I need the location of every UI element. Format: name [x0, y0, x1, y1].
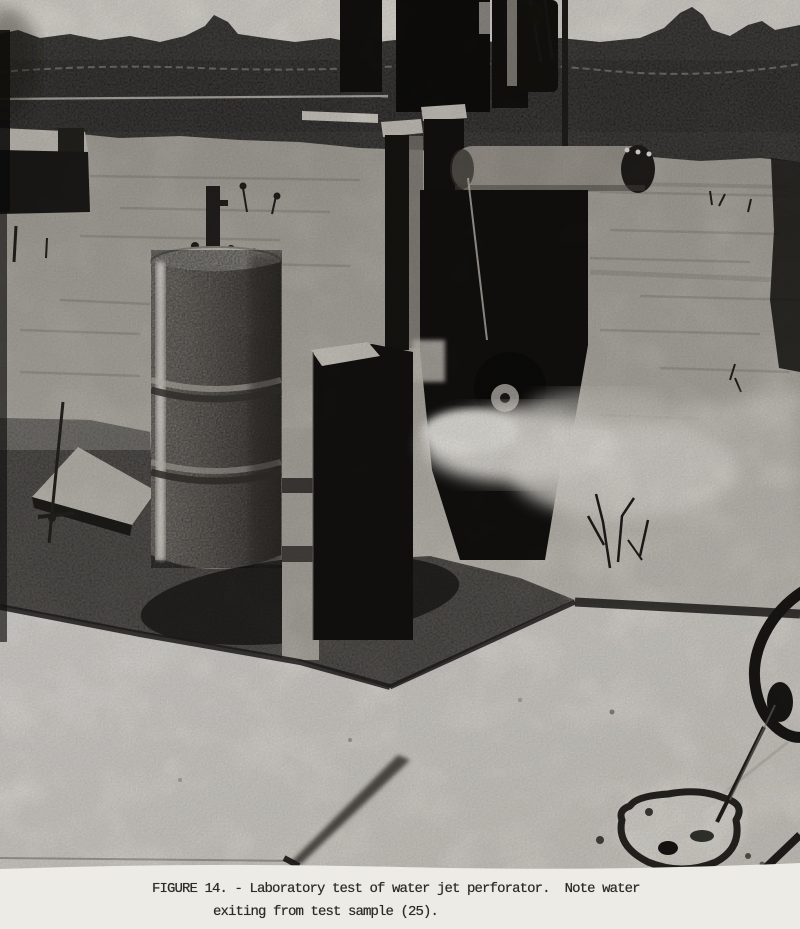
caption-line-1: FIGURE 14. - Laboratory test of water je…: [152, 880, 640, 898]
caption-line-2: exiting from test sample (25).: [213, 903, 438, 921]
film-grain: [0, 0, 800, 876]
photo-svg: [0, 0, 800, 876]
figure-photo: [0, 0, 800, 876]
scanned-report-page: FIGURE 14. - Laboratory test of water je…: [0, 0, 800, 929]
